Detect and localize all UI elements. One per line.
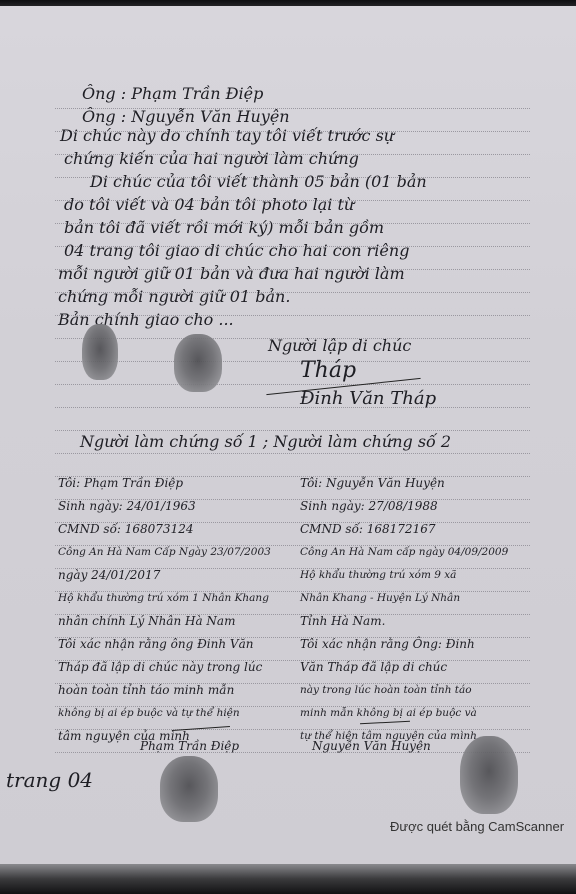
witness-2-line: Công An Hà Nam cấp ngày 04/09/2009 xyxy=(300,546,508,558)
body-line: Bản chính giao cho ... xyxy=(58,310,234,329)
witness-1-line: không bị ai ép buộc và tự thể hiện xyxy=(58,707,240,719)
witness-2-signature-name: Nguyễn Văn Huyện xyxy=(312,739,431,753)
testator-title: Người lập di chúc xyxy=(268,336,411,355)
body-line: Di chúc này do chính tay tôi viết trước … xyxy=(60,126,394,145)
witness-1-line: Tôi xác nhận rằng ông Đinh Văn xyxy=(58,637,253,651)
witness-2-line: Tôi xác nhận rằng Ông: Đinh xyxy=(300,637,475,651)
witness-1-line: Công An Hà Nam Cấp Ngày 23/07/2003 xyxy=(58,546,271,558)
body-line: Di chúc của tôi viết thành 05 bản (01 bả… xyxy=(90,172,427,191)
witness-1-signature-name: Phạm Trần Điệp xyxy=(140,739,239,753)
witness-1-line: Tôi: Phạm Trần Điệp xyxy=(58,476,183,490)
witness-2-line: minh mẫn không bị ai ép buộc và xyxy=(300,707,477,719)
witness-1-line: Hộ khẩu thường trú xóm 1 Nhân Khang xyxy=(58,592,269,604)
witness-1-line: nhân chính Lý Nhân Hà Nam xyxy=(58,614,235,628)
header-line-2: Ông : Nguyễn Văn Huyện xyxy=(82,107,290,126)
fingerprint-witness-1 xyxy=(160,756,218,822)
witness-2-line: Văn Tháp đã lập di chúc xyxy=(300,660,447,674)
body-line: do tôi viết và 04 bản tôi photo lại từ xyxy=(64,195,354,214)
camscanner-watermark: Được quét bằng CamScanner xyxy=(390,819,564,834)
witness-2-line: Hộ khẩu thường trú xóm 9 xã xyxy=(300,569,456,581)
fingerprint-testator-1 xyxy=(82,324,118,380)
witness-1-line: hoàn toàn tỉnh táo minh mẫn xyxy=(58,683,234,697)
witness-heading: Người làm chứng số 1 ; Người làm chứng s… xyxy=(80,432,451,451)
testator-signature: Tháp xyxy=(300,358,356,383)
witness-1-line: Tháp đã lập di chúc này trong lúc xyxy=(58,660,262,674)
witness-1-line: ngày 24/01/2017 xyxy=(58,568,160,582)
fingerprint-witness-2 xyxy=(460,736,518,814)
witness-1-line: CMND số: 168073124 xyxy=(58,522,193,536)
witness-2-line: Nhân Khang - Huyện Lý Nhân xyxy=(300,592,460,604)
scan-bottom-edge xyxy=(0,864,576,894)
body-line: 04 trang tôi giao di chúc cho hai con ri… xyxy=(64,241,409,260)
body-line: chứng mỗi người giữ 01 bản. xyxy=(58,287,290,306)
testator-name: Đinh Văn Tháp xyxy=(300,388,436,409)
body-line: mỗi người giữ 01 bản và đưa hai người là… xyxy=(58,264,405,283)
document-page: Ông : Phạm Trần Điệp Ông : Nguyễn Văn Hu… xyxy=(0,6,576,866)
witness-2-line: Sinh ngày: 27/08/1988 xyxy=(300,499,438,513)
witness-1-line: Sinh ngày: 24/01/1963 xyxy=(58,499,196,513)
witness-2-line: Tôi: Nguyễn Văn Huyện xyxy=(300,476,445,490)
header-line-1: Ông : Phạm Trần Điệp xyxy=(82,84,263,103)
body-line: chứng kiến của hai người làm chứng xyxy=(64,149,359,168)
body-line: bản tôi đã viết rồi mới ký) mỗi bản gồm xyxy=(64,218,384,237)
page-label: trang 04 xyxy=(6,768,93,792)
witness-2-signature-stroke xyxy=(360,721,410,725)
witness-2-line: này trong lúc hoàn toàn tỉnh táo xyxy=(300,684,472,696)
fingerprint-testator-2 xyxy=(174,334,222,392)
witness-2-line: Tỉnh Hà Nam. xyxy=(300,614,385,628)
witness-2-line: CMND số: 168172167 xyxy=(300,522,435,536)
